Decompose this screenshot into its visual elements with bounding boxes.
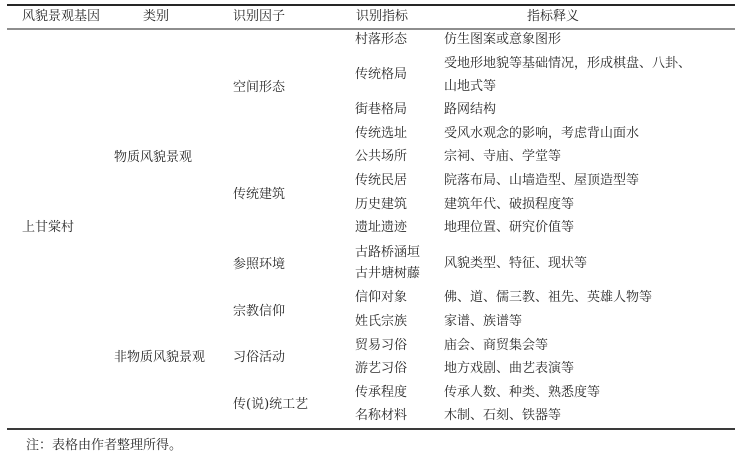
factor-spatial-form: 空间形态 — [233, 80, 285, 96]
indicator-name: 历史建筑 — [355, 197, 407, 213]
indicator-desc: 院落布局、山墙造型、屋顶造型等 — [444, 173, 639, 189]
indicator-desc: 路网结构 — [444, 102, 496, 118]
table-footnote: 注：表格由作者整理所得。 — [26, 438, 182, 454]
indicator-name: 古井塘树藤 — [355, 266, 420, 282]
indicator-desc: 受地形地貌等基础情况，形成棋盘、八卦、 — [444, 56, 691, 72]
indicator-name: 贸易习俗 — [355, 338, 407, 354]
header-indicator: 识别指标 — [356, 9, 408, 25]
factor-reference-environment: 参照环境 — [233, 257, 285, 273]
table-rule-top — [7, 4, 735, 6]
header-category: 类别 — [143, 9, 169, 25]
factor-custom-activity: 习俗活动 — [233, 350, 285, 366]
category-material: 物质风貌景观 — [114, 150, 192, 166]
indicator-desc: 地方戏剧、曲艺表演等 — [444, 361, 574, 377]
indicator-desc: 木制、石刻、铁器等 — [444, 408, 561, 424]
factor-traditional-craft: 传(说)统工艺 — [233, 397, 308, 413]
table-rule-header — [7, 28, 735, 30]
indicator-desc: 传承人数、种类、熟悉度等 — [444, 385, 600, 401]
indicator-name: 遗址遗迹 — [355, 220, 407, 236]
category-intangible: 非物质风貌景观 — [114, 350, 205, 366]
indicator-name: 村落形态 — [355, 32, 407, 48]
indicator-desc: 地理位置、研究价值等 — [444, 220, 574, 236]
indicator-desc: 风貌类型、特征、现状等 — [444, 256, 587, 272]
indicator-name: 传统民居 — [355, 173, 407, 189]
indicator-name: 传承程度 — [355, 385, 407, 401]
indicator-name: 传统格局 — [355, 67, 407, 83]
indicator-desc: 宗祠、寺庙、学堂等 — [444, 149, 561, 165]
indicator-desc-cont: 山地式等 — [444, 79, 496, 95]
factor-religious-belief: 宗教信仰 — [233, 304, 285, 320]
indicator-desc: 仿生图案或意象图形 — [444, 32, 561, 48]
gene-cell: 上甘棠村 — [22, 220, 74, 236]
factor-traditional-building: 传统建筑 — [233, 187, 285, 203]
header-factor: 识别因子 — [233, 9, 285, 25]
indicator-desc: 家谱、族谱等 — [444, 314, 522, 330]
indicator-name: 古路桥涵垣 — [355, 245, 420, 261]
table-rule-bottom — [7, 428, 735, 430]
header-gene: 风貌景观基因 — [22, 9, 100, 25]
indicator-desc: 建筑年代、破损程度等 — [444, 197, 574, 213]
indicator-desc: 佛、道、儒三教、祖先、英雄人物等 — [444, 290, 652, 306]
indicator-desc: 庙会、商贸集会等 — [444, 338, 548, 354]
indicator-name: 姓氏宗族 — [355, 314, 407, 330]
indicator-name: 游艺习俗 — [355, 361, 407, 377]
indicator-name: 传统选址 — [355, 126, 407, 142]
indicator-name: 信仰对象 — [355, 290, 407, 306]
header-description: 指标释义 — [527, 9, 579, 25]
indicator-desc: 受风水观念的影响，考虑背山面水 — [444, 126, 639, 142]
indicator-name: 名称材料 — [355, 408, 407, 424]
indicator-name: 街巷格局 — [355, 102, 407, 118]
indicator-name: 公共场所 — [355, 149, 407, 165]
